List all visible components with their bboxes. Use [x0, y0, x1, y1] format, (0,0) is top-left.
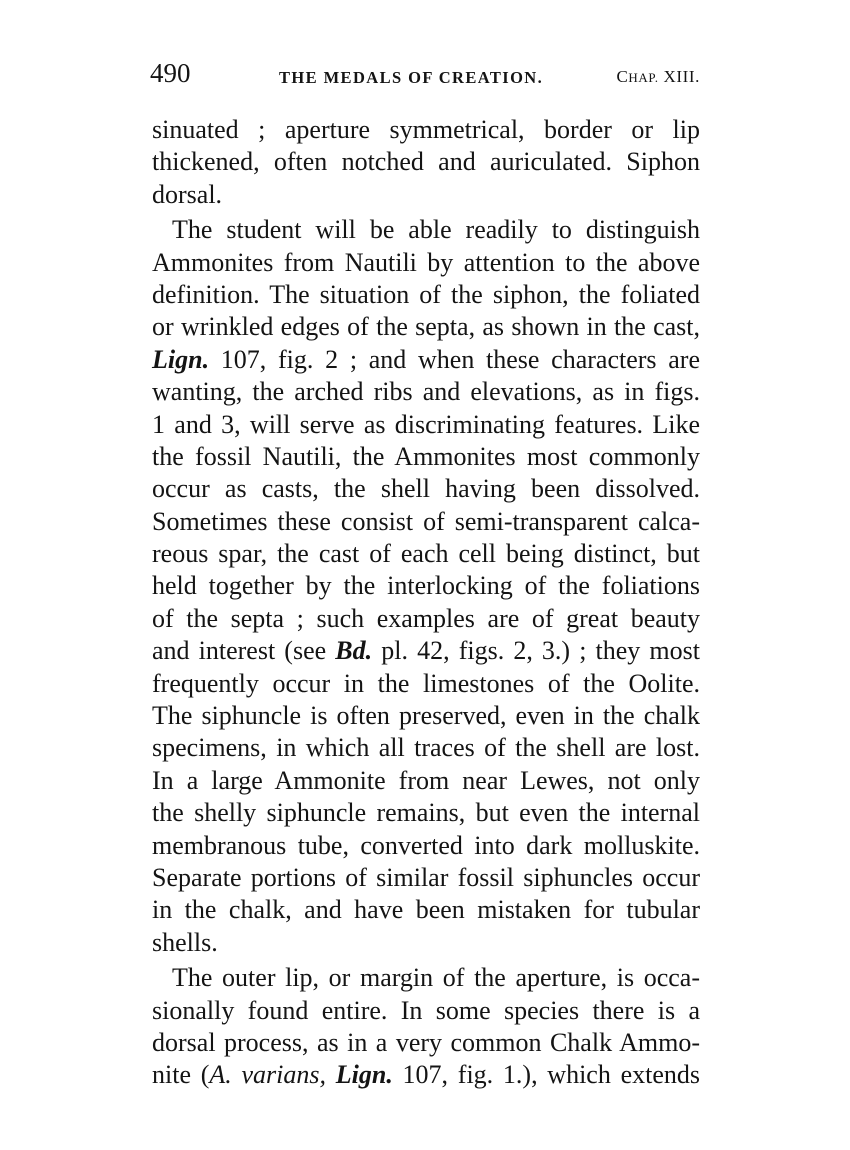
text-line: In a large Ammonite from near Lewes, not…	[152, 765, 700, 797]
text-line: Sometimes these consist of semi-transpar…	[152, 506, 700, 538]
text-line: or wrinkled edges of the septa, as shown…	[152, 311, 700, 343]
text-line: 1 and 3, will serve as discriminating fe…	[152, 409, 700, 441]
text-line: the fossil Nautili, the Ammonites most c…	[152, 441, 700, 473]
text-line: sionally found entire. In some species t…	[152, 995, 700, 1027]
paragraph: sinuated ; aperture symmetrical, border …	[152, 114, 700, 211]
text-line: sinuated ; aperture symmetrical, border …	[152, 114, 700, 146]
text-line: shells.	[152, 927, 700, 959]
text-line: membranous tube, converted into dark mol…	[152, 830, 700, 862]
text-line: Separate portions of similar fossil siph…	[152, 862, 700, 894]
text-line: wanting, the arched ribs and elevations,…	[152, 376, 700, 408]
text-line: Ammonites from Nautili by attention to t…	[152, 247, 700, 279]
text-line: of the septa ; such examples are of grea…	[152, 603, 700, 635]
chapter-label: CHAP. XIII.	[616, 67, 700, 87]
running-title: THE MEDALS OF CREATION.	[279, 68, 543, 88]
text-line: occur as casts, the shell having been di…	[152, 473, 700, 505]
running-header: 490 THE MEDALS OF CREATION. CHAP. XIII.	[152, 56, 700, 96]
text-line: The student will be able readily to dist…	[152, 214, 700, 246]
text-line: in the chalk, and have been mistaken for…	[152, 894, 700, 926]
text-line: dorsal.	[152, 179, 700, 211]
text-line: Lign. 107, fig. 2 ; and when these chara…	[152, 344, 700, 376]
body-text: sinuated ; aperture symmetrical, border …	[152, 114, 700, 1092]
text-line: thickened, often notched and auriculated…	[152, 146, 700, 178]
text-line: definition. The situation of the siphon,…	[152, 279, 700, 311]
paragraph: The student will be able readily to dist…	[152, 214, 700, 959]
text-line: reous spar, the cast of each cell being …	[152, 538, 700, 570]
text-line: specimens, in which all traces of the sh…	[152, 732, 700, 764]
paragraph: The outer lip, or margin of the aperture…	[152, 962, 700, 1092]
text-line: dorsal process, as in a very common Chal…	[152, 1027, 700, 1059]
page-number: 490	[150, 58, 191, 89]
text-line: nite (A. varians, Lign. 107, fig. 1.), w…	[152, 1059, 700, 1091]
book-page: 490 THE MEDALS OF CREATION. CHAP. XIII. …	[152, 56, 700, 1092]
text-line: held together by the interlocking of the…	[152, 570, 700, 602]
text-line: frequently occur in the limestones of th…	[152, 668, 700, 700]
text-line: and interest (see Bd. pl. 42, figs. 2, 3…	[152, 635, 700, 667]
text-line: the shelly siphuncle remains, but even t…	[152, 797, 700, 829]
text-line: The outer lip, or margin of the aperture…	[152, 962, 700, 994]
text-line: The siphuncle is often preserved, even i…	[152, 700, 700, 732]
